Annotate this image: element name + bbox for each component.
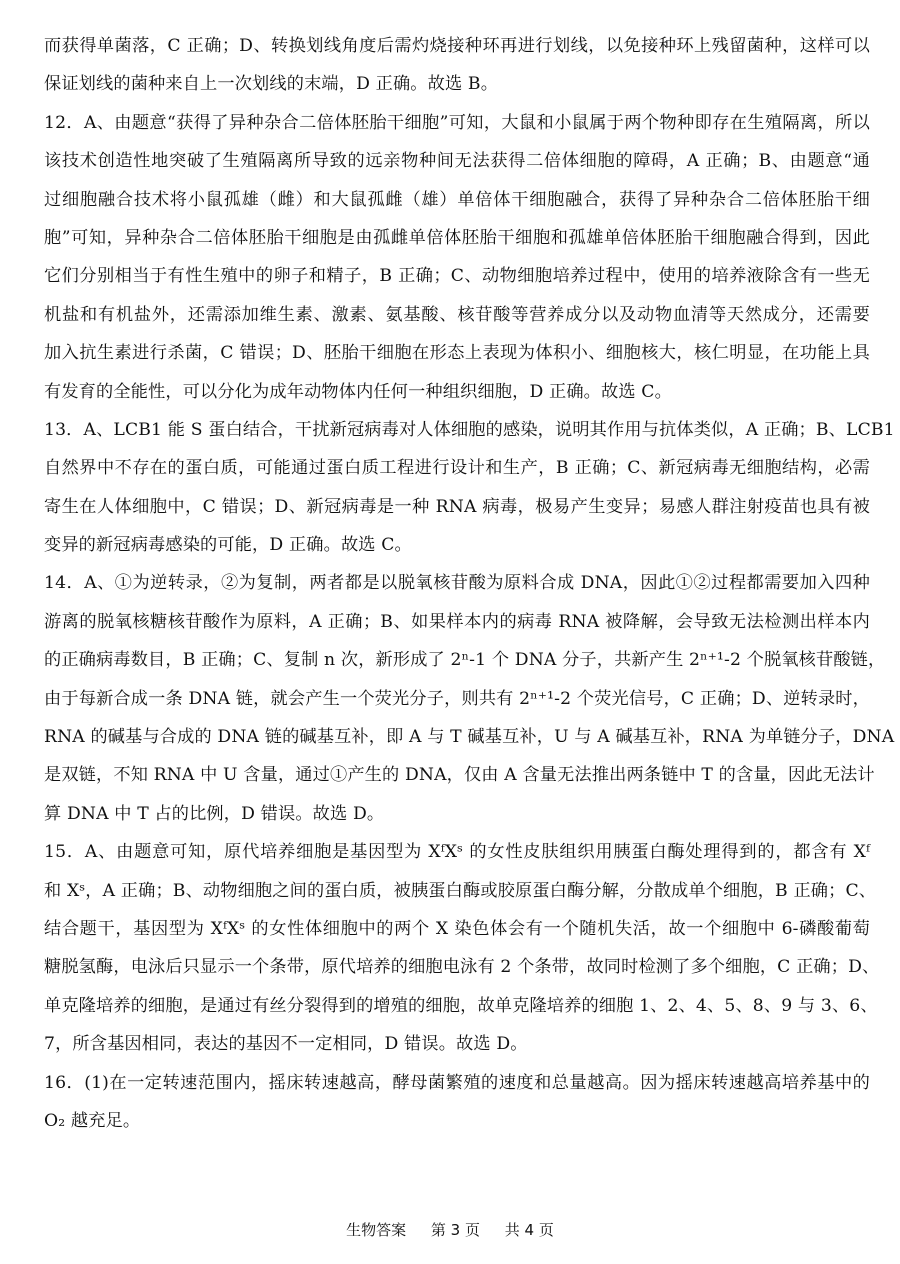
text-line: 结合题干，基因型为 XᶠXˢ 的女性体细胞中的两个 X 染色体会有一个随机失活，… [44, 910, 870, 948]
text-line: 加入抗生素进行杀菌，C 错误；D、胚胎干细胞在形态上表现为体积小、细胞核大，核仁… [44, 334, 870, 372]
footer-page-number: 第 3 页 [431, 1221, 480, 1239]
text-line: 机盐和有机盐外，还需添加维生素、激素、氨基酸、核苷酸等营养成分以及动物血清等天然… [44, 296, 870, 334]
text-line: 是双链，不知 RNA 中 U 含量，通过①产生的 DNA，仅由 A 含量无法推出… [44, 756, 870, 794]
question-15-line: 15．A、由题意可知，原代培养细胞是基因型为 XᶠXˢ 的女性皮肤组织用胰蛋白酶… [44, 833, 870, 871]
text-line: 7，所含基因相同，表达的基因不一定相同，D 错误。故选 D。 [44, 1025, 870, 1063]
text-line: 有发育的全能性，可以分化为成年动物体内任何一种组织细胞，D 正确。故选 C。 [44, 373, 870, 411]
text-line: 该技术创造性地突破了生殖隔离所导致的远亲物种间无法获得二倍体细胞的障碍，A 正确… [44, 142, 870, 180]
text-line: 由于每新合成一条 DNA 链，就会产生一个荧光分子，则共有 2ⁿ⁺¹-2 个荧光… [44, 680, 870, 718]
text-line: O₂ 越充足。 [44, 1102, 870, 1140]
question-14-line: 14．A、①为逆转录，②为复制，两者都是以脱氧核苷酸为原料合成 DNA，因此①②… [44, 564, 870, 602]
text-line: 单克隆培养的细胞，是通过有丝分裂得到的增殖的细胞，故单克隆培养的细胞 1、2、4… [44, 987, 870, 1025]
text-line: 它们分别相当于有性生殖中的卵子和精子，B 正确；C、动物细胞培养过程中，使用的培… [44, 257, 870, 295]
text-line: 游离的脱氧核糖核苷酸作为原料，A 正确；B、如果样本内的病毒 RNA 被降解，会… [44, 603, 870, 641]
text-line: 算 DNA 中 T 占的比例，D 错误。故选 D。 [44, 795, 870, 833]
footer-subject: 生物答案 [346, 1221, 406, 1239]
question-16-line: 16．(1)在一定转速范围内，摇床转速越高，酵母菌繁殖的速度和总量越高。因为摇床… [44, 1064, 870, 1102]
text-line: 和 Xˢ，A 正确；B、动物细胞之间的蛋白质，被胰蛋白酶或胶原蛋白酶分解，分散成… [44, 872, 870, 910]
text-line: 保证划线的菌种来自上一次划线的末端，D 正确。故选 B。 [44, 65, 870, 103]
question-12-line: 12．A、由题意“获得了异种杂合二倍体胚胎干细胞”可知，大鼠和小鼠属于两个物种即… [44, 104, 870, 142]
text-line: 糖脱氢酶，电泳后只显示一个条带，原代培养的细胞电泳有 2 个条带，故同时检测了多… [44, 948, 870, 986]
page-footer: 生物答案 第 3 页 共 4 页 [0, 1219, 900, 1240]
document-body: 而获得单菌落，C 正确；D、转换划线角度后需灼烧接种环再进行划线，以免接种环上残… [44, 27, 870, 1140]
text-line: 过细胞融合技术将小鼠孤雄（雌）和大鼠孤雌（雄）单倍体干细胞融合，获得了异种杂合二… [44, 181, 870, 219]
footer-total-pages: 共 4 页 [505, 1221, 554, 1239]
question-13-line: 13．A、LCB1 能 S 蛋白结合，干扰新冠病毒对人体细胞的感染，说明其作用与… [44, 411, 870, 449]
text-line: 寄生在人体细胞中，C 错误；D、新冠病毒是一种 RNA 病毒，极易产生变异；易感… [44, 488, 870, 526]
text-line: 变异的新冠病毒感染的可能，D 正确。故选 C。 [44, 526, 870, 564]
text-line: 而获得单菌落，C 正确；D、转换划线角度后需灼烧接种环再进行划线，以免接种环上残… [44, 27, 870, 65]
text-line: RNA 的碱基与合成的 DNA 链的碱基互补，即 A 与 T 碱基互补，U 与 … [44, 718, 870, 756]
text-line: 胞”可知，异种杂合二倍体胚胎干细胞是由孤雌单倍体胚胎干细胞和孤雄单倍体胚胎干细胞… [44, 219, 870, 257]
text-line: 的正确病毒数目，B 正确；C、复制 n 次，新形成了 2ⁿ-1 个 DNA 分子… [44, 641, 870, 679]
text-line: 自然界中不存在的蛋白质，可能通过蛋白质工程进行设计和生产，B 正确；C、新冠病毒… [44, 449, 870, 487]
